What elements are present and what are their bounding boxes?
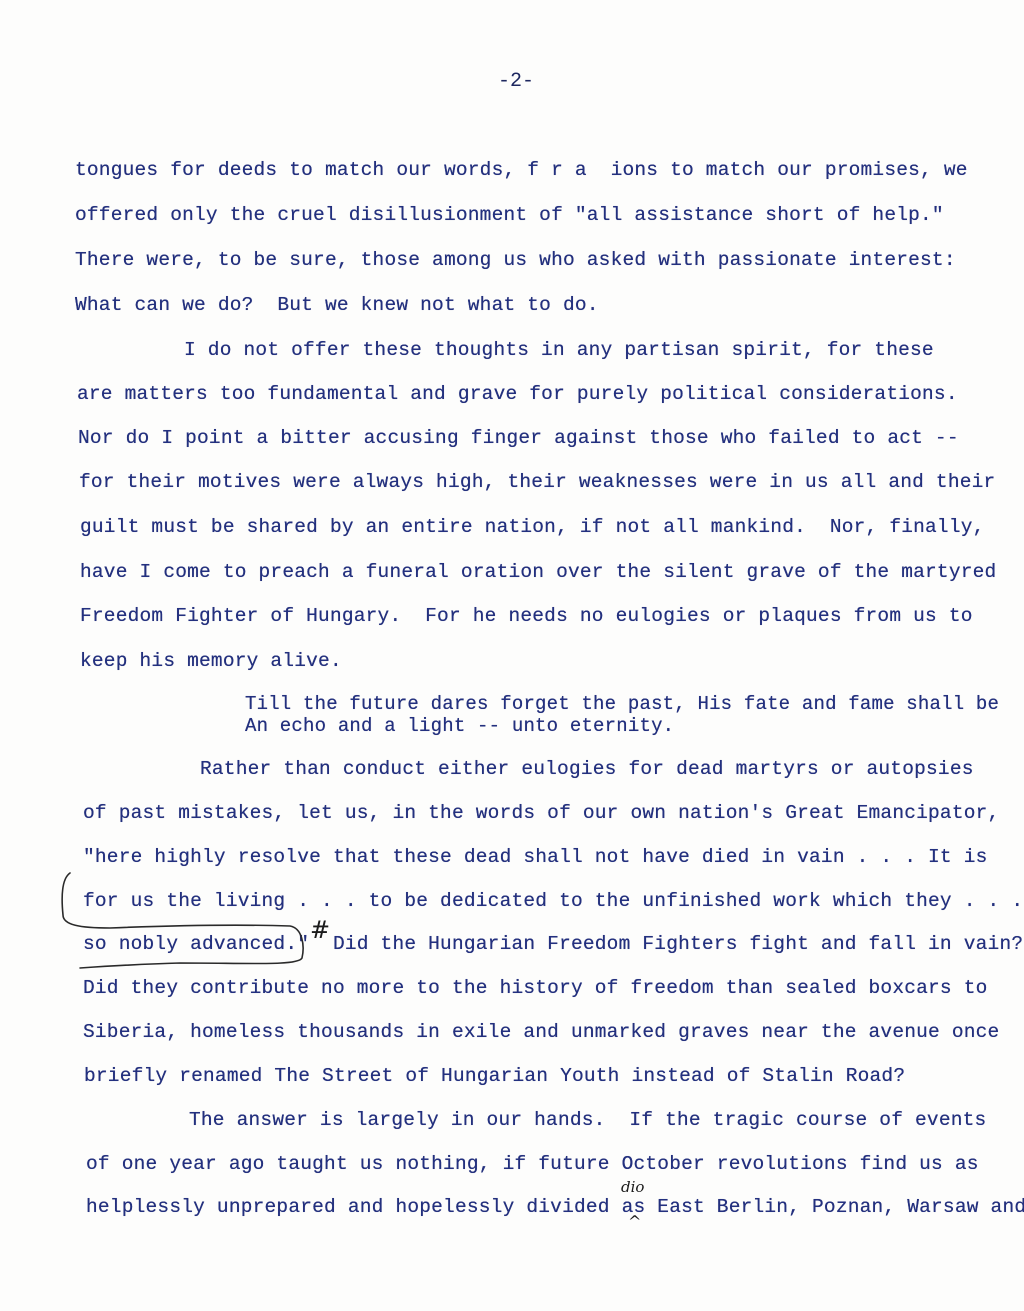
text-line: What can we do? But we knew not what to … — [75, 293, 599, 317]
verse-line: An echo and a light -- unto eternity. — [245, 714, 674, 738]
text-line: keep his memory alive. — [80, 649, 342, 673]
text-line: Freedom Fighter of Hungary. For he needs… — [80, 604, 973, 628]
paragraph-mark-annotation: # — [310, 916, 330, 944]
verse-line: Till the future dares forget the past, H… — [245, 692, 999, 716]
text-line: Did they contribute no more to the histo… — [83, 976, 988, 1000]
text-line: helplessly unprepared and hopelessly div… — [86, 1195, 1024, 1219]
text-line: I do not offer these thoughts in any par… — [184, 338, 934, 362]
text-line: for their motives were always high, thei… — [79, 470, 995, 494]
text-line: Nor do I point a bitter accusing finger … — [78, 426, 959, 450]
text-line: of one year ago taught us nothing, if fu… — [86, 1152, 979, 1176]
text-line: tongues for deeds to match our words, f … — [75, 158, 968, 182]
text-line: offered only the cruel disillusionment o… — [75, 203, 944, 227]
text-line: so nobly advanced." Did the Hungarian Fr… — [83, 932, 1023, 956]
insertion-caret: ^ — [628, 1212, 641, 1231]
text-line: are matters too fundamental and grave fo… — [77, 382, 958, 406]
text-line: There were, to be sure, those among us w… — [75, 248, 956, 272]
insertion-annotation: dio — [621, 1178, 644, 1196]
page-number: -2- — [498, 70, 534, 93]
text-line: Rather than conduct either eulogies for … — [200, 757, 974, 781]
text-line: briefly renamed The Street of Hungarian … — [84, 1064, 905, 1088]
text-line: of past mistakes, let us, in the words o… — [83, 801, 999, 825]
text-line: guilt must be shared by an entire nation… — [80, 515, 985, 539]
text-line: have I come to preach a funeral oration … — [80, 560, 996, 584]
text-line: for us the living . . . to be dedicated … — [83, 889, 1023, 913]
text-line: "here highly resolve that these dead sha… — [83, 845, 988, 869]
text-line: The answer is largely in our hands. If t… — [189, 1108, 986, 1132]
typewritten-page: -2- tongues for deeds to match our words… — [0, 0, 1024, 1311]
text-line: Siberia, homeless thousands in exile and… — [83, 1020, 999, 1044]
